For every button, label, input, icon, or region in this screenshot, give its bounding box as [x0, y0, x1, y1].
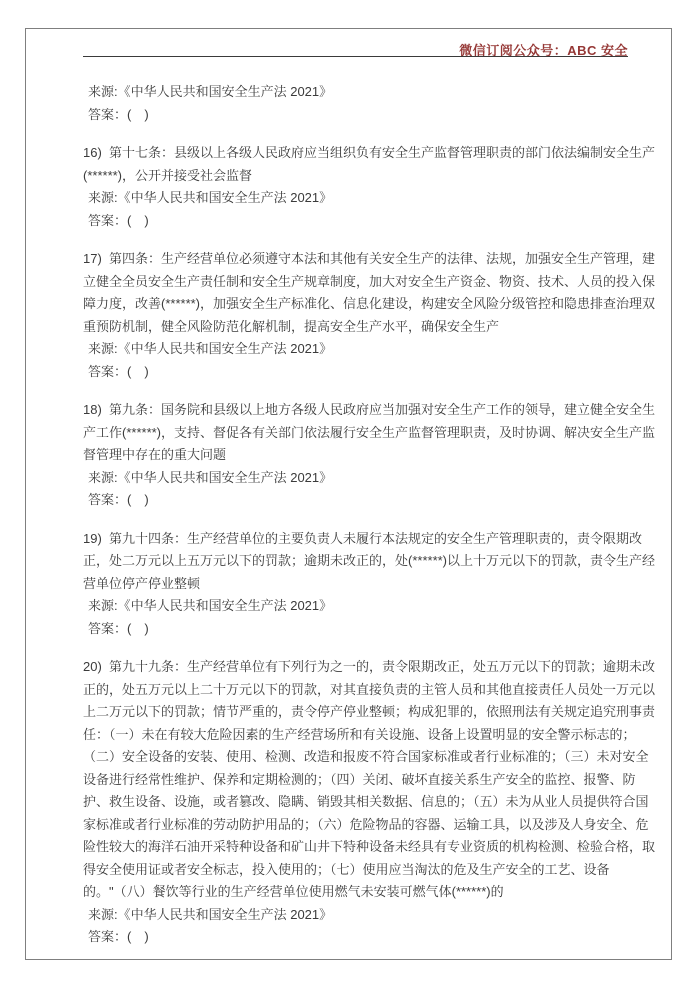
answer-line: 答案：( ): [83, 489, 657, 512]
question-block-18: 18) 第九条：国务院和县级以上地方各级人民政府应当加强对安全生产工作的领导，建…: [83, 399, 657, 512]
source-line: 来源:《中华人民共和国安全生产法 2021》: [83, 595, 657, 618]
answer-line: 答案：( ): [83, 361, 657, 384]
answer-line: 答案：( ): [83, 926, 657, 949]
question-list: 来源:《中华人民共和国安全生产法 2021》 答案：( ) 16) 第十七条：县…: [83, 81, 657, 965]
question-text: 18) 第九条：国务院和县级以上地方各级人民政府应当加强对安全生产工作的领导，建…: [83, 399, 657, 467]
answer-line: 答案：( ): [83, 618, 657, 641]
question-block-19: 19) 第九十四条：生产经营单位的主要负责人未履行本法规定的安全生产管理职责的，…: [83, 528, 657, 641]
question-block-17: 17) 第四条：生产经营单位必须遵守本法和其他有关安全生产的法律、法规，加强安全…: [83, 248, 657, 383]
source-line: 来源:《中华人民共和国安全生产法 2021》: [83, 338, 657, 361]
source-line: 来源:《中华人民共和国安全生产法 2021》: [83, 81, 657, 104]
answer-line: 答案：( ): [83, 210, 657, 233]
question-block-20: 20) 第九十九条：生产经营单位有下列行为之一的，责令限期改正，处五万元以下的罚…: [83, 656, 657, 949]
source-line: 来源:《中华人民共和国安全生产法 2021》: [83, 904, 657, 927]
question-block-15-tail: 来源:《中华人民共和国安全生产法 2021》 答案：( ): [83, 81, 657, 126]
question-text: 19) 第九十四条：生产经营单位的主要负责人未履行本法规定的安全生产管理职责的，…: [83, 528, 657, 596]
question-text: 20) 第九十九条：生产经营单位有下列行为之一的，责令限期改正，处五万元以下的罚…: [83, 656, 657, 904]
question-text: 17) 第四条：生产经营单位必须遵守本法和其他有关安全生产的法律、法规，加强安全…: [83, 248, 657, 338]
question-text: 16) 第十七条：县级以上各级人民政府应当组织负有安全生产监督管理职责的部门依法…: [83, 142, 657, 187]
header-divider: [83, 56, 628, 57]
source-line: 来源:《中华人民共和国安全生产法 2021》: [83, 187, 657, 210]
question-block-16: 16) 第十七条：县级以上各级人民政府应当组织负有安全生产监督管理职责的部门依法…: [83, 142, 657, 232]
source-line: 来源:《中华人民共和国安全生产法 2021》: [83, 467, 657, 490]
answer-line: 答案：( ): [83, 104, 657, 127]
document-page: 微信订阅公众号：ABC 安全 来源:《中华人民共和国安全生产法 2021》 答案…: [0, 0, 700, 990]
